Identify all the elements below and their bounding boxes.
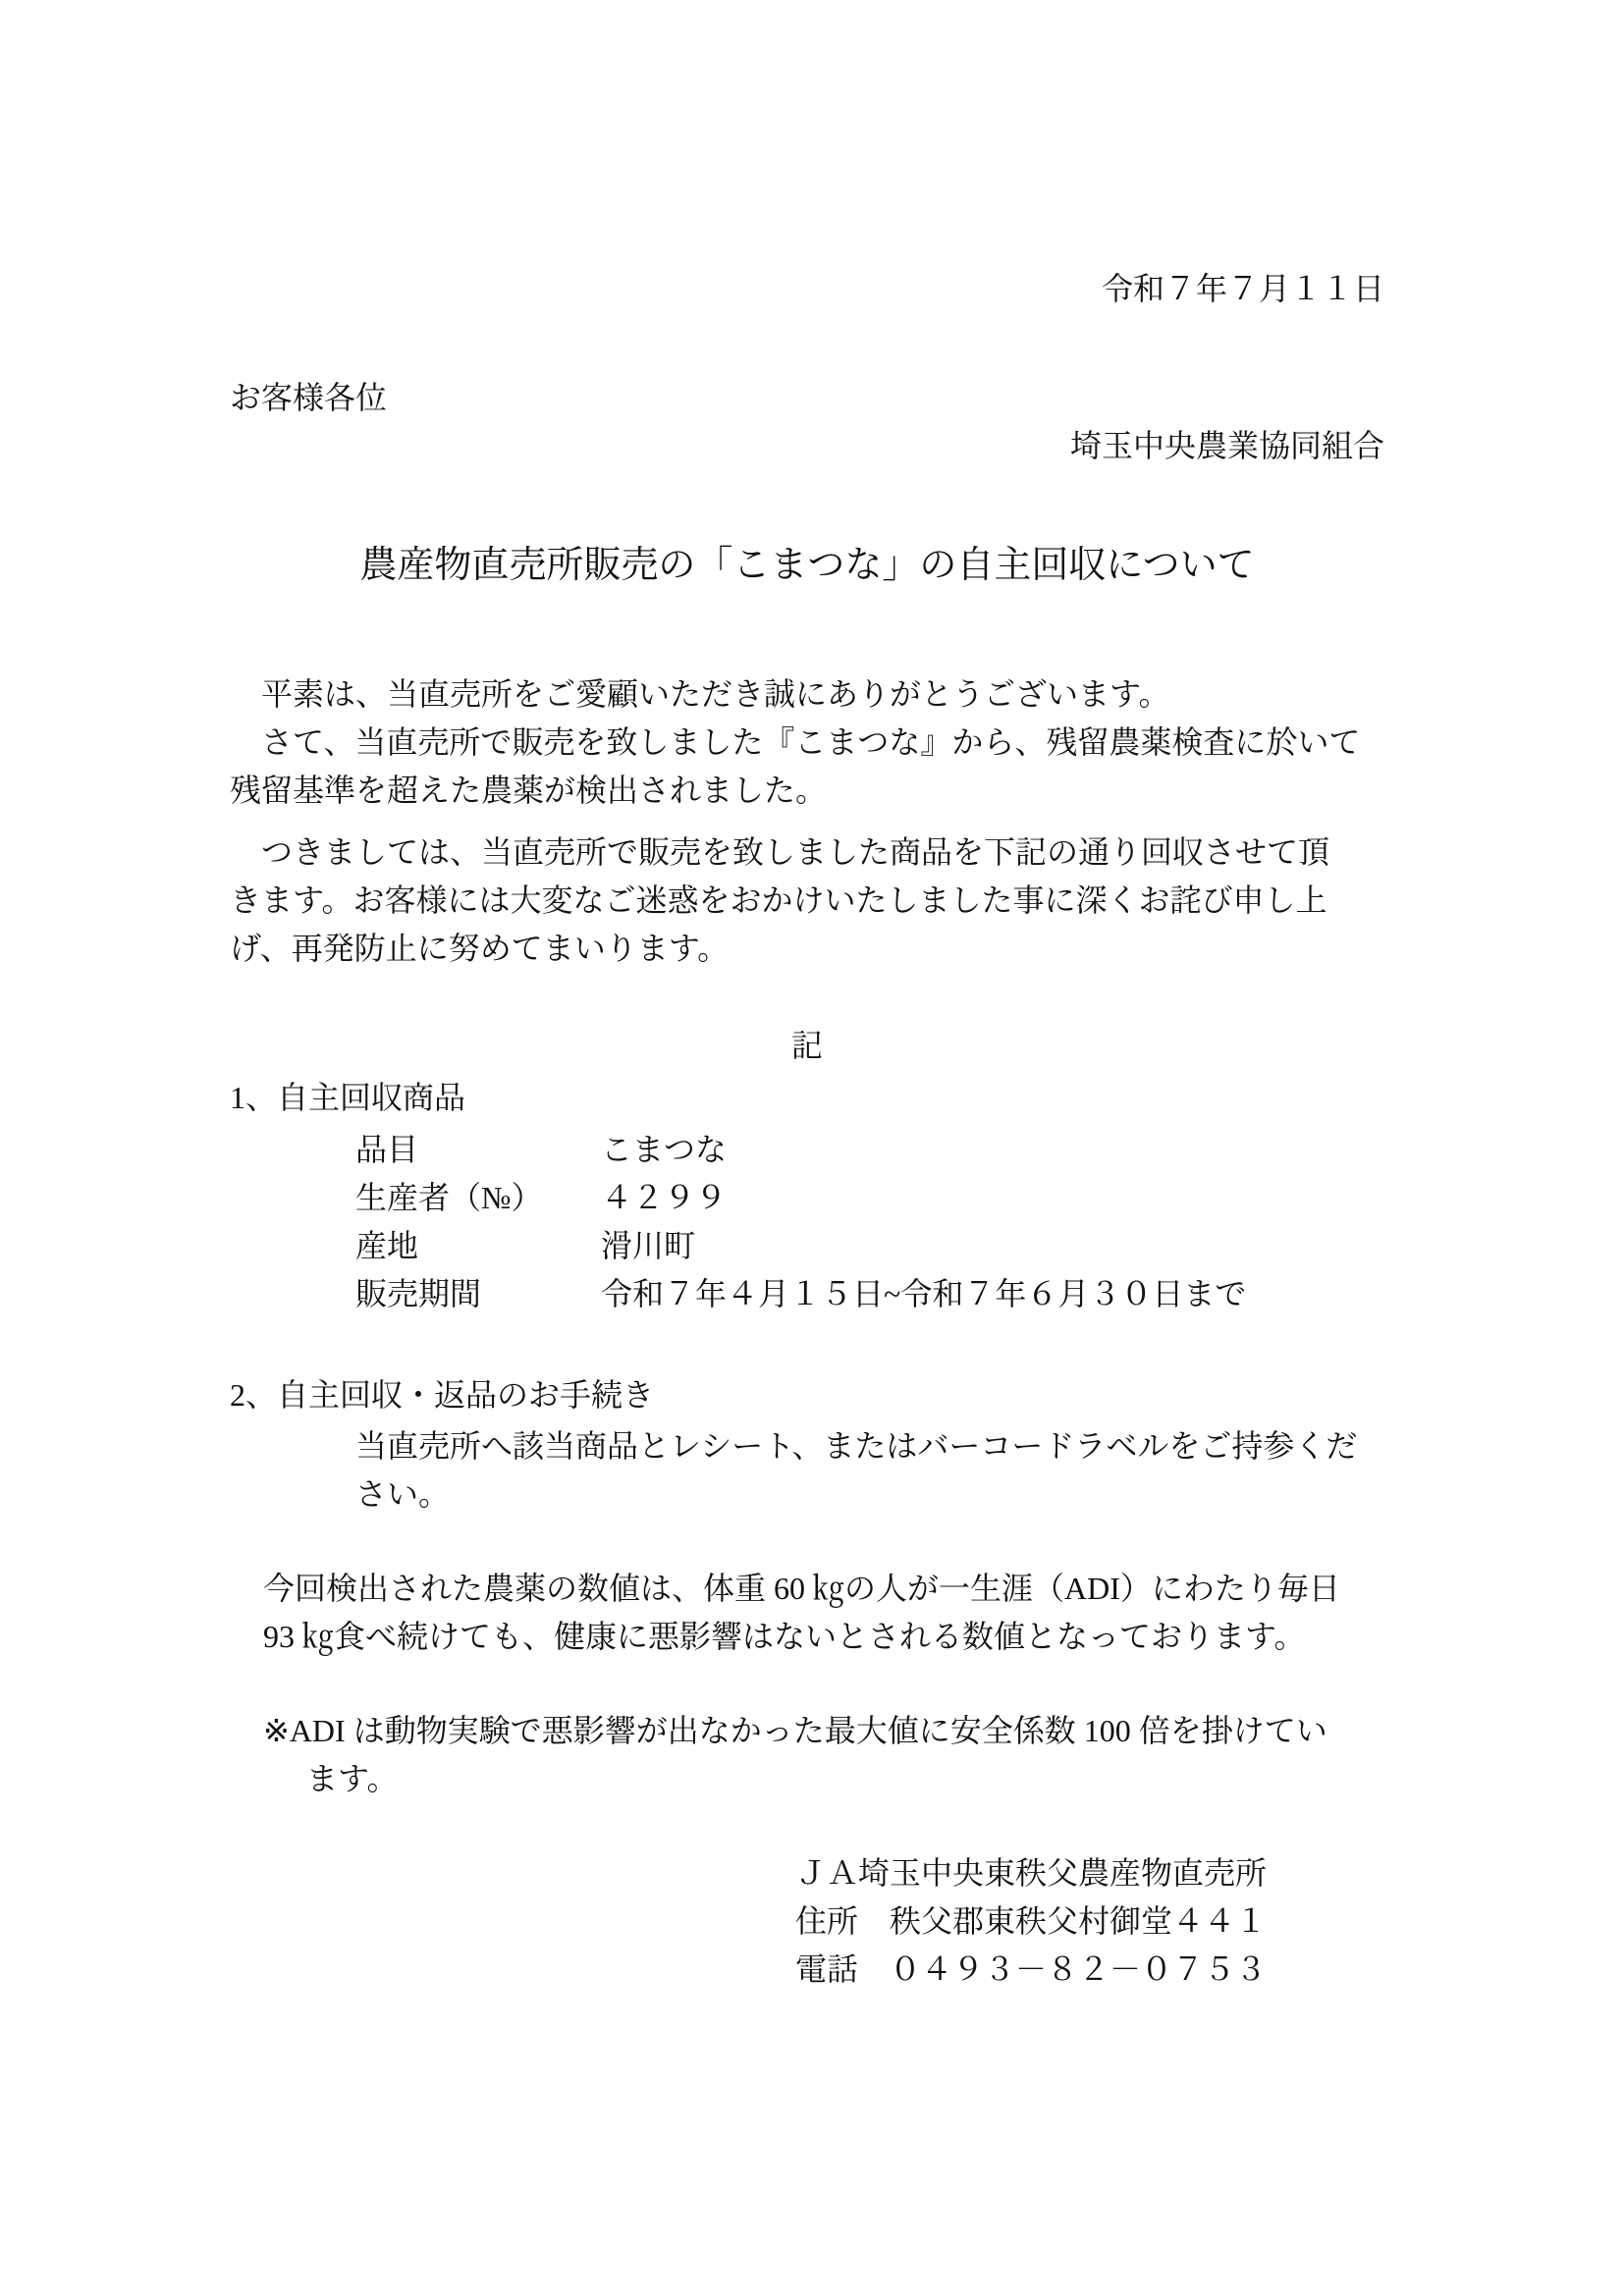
detail-row-origin: 産地 滑川町 [230,1222,1384,1270]
item-label: 品目 [355,1126,601,1174]
greeting-paragraph: 平素は、当直売所をご愛顧いただき誠にありがとうございます。 [230,670,1384,719]
document-title: 農産物直売所販売の「こまつな」の自主回収について [230,541,1384,590]
sender-name: 埼玉中央農業協同組合 [230,422,1384,470]
adi-footnote: ※ADI は動物実験で悪影響が出なかった最大値に安全係数 100 倍を掛けてい … [263,1707,1384,1803]
item-label: 産地 [355,1222,601,1270]
item-value: ４２９９ [601,1174,1384,1222]
recall-item-heading: 1、自主回収商品 [230,1074,1384,1122]
procedure-heading: 2、自主回収・返品のお手続き [230,1371,1384,1419]
phone-row: 電話 ０４９３－８２－０７５３ [795,1946,1384,1994]
address-value: 秩父郡東秩父村御堂４４１ [890,1897,1267,1946]
issue-paragraph: さて、当直売所で販売を致しました『こまつな』から、残留農薬検査に於いて 残留基準… [230,719,1384,815]
address-label: 住所 [795,1897,858,1946]
detail-row-producer: 生産者（№） ４２９９ [230,1174,1384,1222]
adi-explanation: 今回検出された農薬の数値は、体重 60 ㎏の人が一生涯（ADI）にわたり毎日 9… [263,1565,1384,1661]
notice-marker: 記 [230,1022,1384,1070]
item-value: 令和７年４月１５日~令和７年６月３０日まで [601,1270,1384,1318]
label-spacer [858,1946,890,1994]
item-label: 生産者（№） [355,1174,601,1222]
shop-name-row: ＪＡ埼玉中央東秩父農産物直売所 [795,1849,1384,1897]
shop-name: ＪＡ埼玉中央東秩父農産物直売所 [795,1849,1267,1897]
detail-row-item: 品目 こまつな [230,1126,1384,1174]
apology-paragraph: つきましては、当直売所で販売を致しました商品を下記の通り回収させて頂 きます。お… [230,828,1384,973]
label-spacer [858,1897,890,1946]
document-date: 令和７年７月１１日 [230,265,1384,313]
recall-notice-document: 令和７年７月１１日 お客様各位 埼玉中央農業協同組合 農産物直売所販売の「こまつ… [0,0,1624,2296]
phone-label: 電話 [795,1946,858,1994]
recall-detail-list: 品目 こまつな 生産者（№） ４２９９ 産地 滑川町 販売期間 令和７年４月１５… [230,1126,1384,1318]
detail-row-sales-period: 販売期間 令和７年４月１５日~令和７年６月３０日まで [230,1270,1384,1318]
addressee: お客様各位 [230,374,1384,422]
address-row: 住所 秩父郡東秩父村御堂４４１ [795,1897,1384,1946]
signature-block: ＪＡ埼玉中央東秩父農産物直売所 住所 秩父郡東秩父村御堂４４１ 電話 ０４９３－… [795,1849,1384,1994]
procedure-body: 当直売所へ該当商品とレシート、またはバーコードラベルをご持参くだ さい。 [355,1422,1384,1519]
item-label: 販売期間 [355,1270,601,1318]
item-value: こまつな [601,1126,1384,1174]
phone-value: ０４９３－８２－０７５３ [890,1946,1267,1994]
item-value: 滑川町 [601,1222,1384,1270]
